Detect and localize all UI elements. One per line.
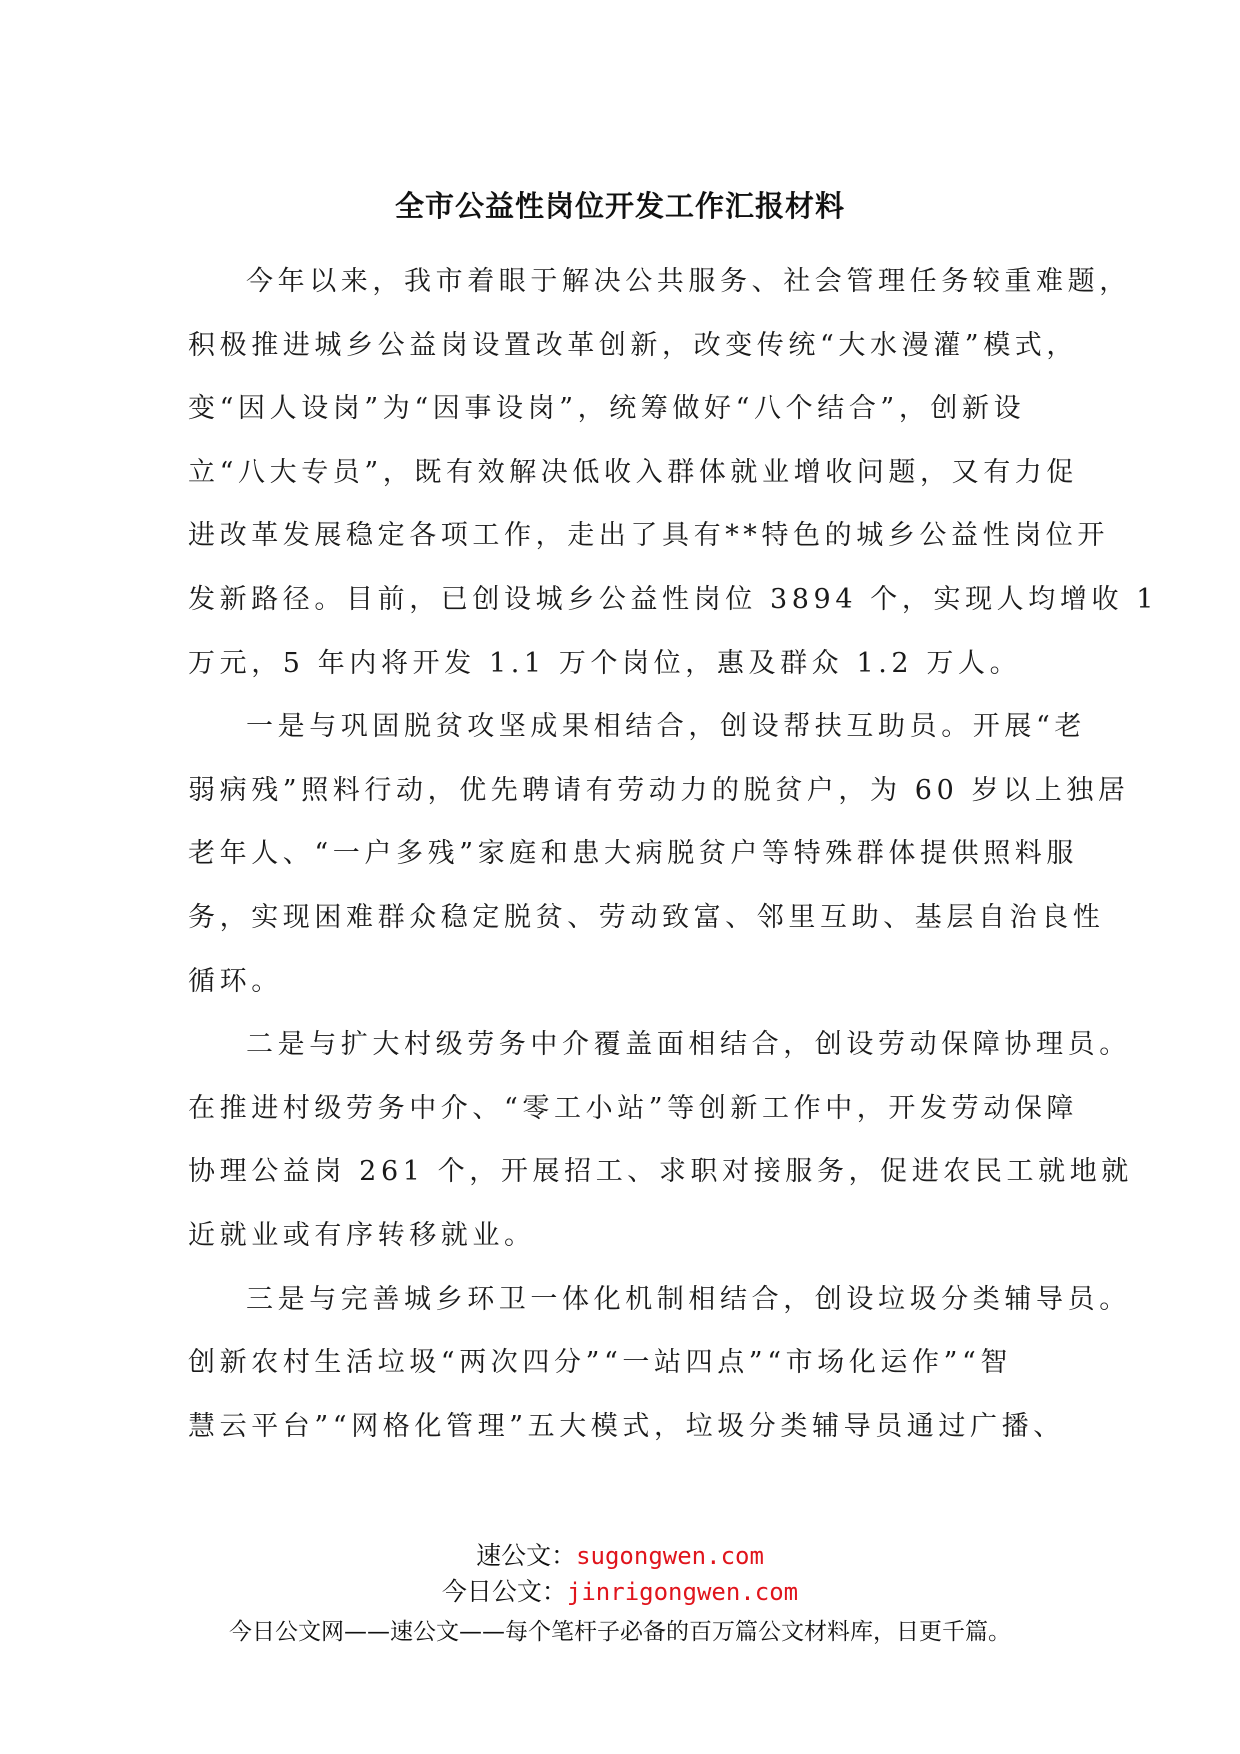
- text-line: 创新农村生活垃圾“两次四分”“一站四点”“市场化运作”“智: [188, 1331, 1058, 1395]
- paragraph-point-three: 三是与完善城乡环卫一体化机制相结合，创设垃圾分类辅导员。 创新农村生活垃圾“两次…: [188, 1268, 1058, 1459]
- text-line: 协理公益岗 261 个，开展招工、求职对接服务，促进农民工就地就: [188, 1140, 1058, 1204]
- text-line: 进改革发展稳定各项工作，走出了具有**特色的城乡公益性岗位开: [188, 504, 1058, 568]
- document-body: 今年以来，我市着眼于解决公共服务、社会管理任务较重难题， 积极推进城乡公益岗设置…: [188, 250, 1058, 1458]
- text-line: 弱病残”照料行动，优先聘请有劳动力的脱贫户，为 60 岁以上独居: [188, 759, 1058, 823]
- document-title: 全市公益性岗位开发工作汇报材料: [0, 186, 1240, 226]
- page-footer: 速公文：sugongwen.com 今日公文：jinrigongwen.com …: [0, 1538, 1240, 1650]
- jinrigongwen-link[interactable]: jinrigongwen.com: [567, 1578, 798, 1606]
- text-line: 积极推进城乡公益岗设置改革创新，改变传统“大水漫灌”模式，: [188, 314, 1058, 378]
- text-line: 在推进村级劳务中介、“零工小站”等创新工作中，开发劳动保障: [188, 1077, 1058, 1141]
- sugongwen-link[interactable]: sugongwen.com: [576, 1542, 764, 1570]
- text-line: 慧云平台”“网格化管理”五大模式，垃圾分类辅导员通过广播、: [188, 1395, 1058, 1459]
- footer-label: 速公文：: [476, 1541, 576, 1570]
- text-line: 老年人、“一户多残”家庭和患大病脱贫户等特殊群体提供照料服: [188, 822, 1058, 886]
- paragraph-point-two: 二是与扩大村级劳务中介覆盖面相结合，创设劳动保障协理员。 在推进村级劳务中介、“…: [188, 1013, 1058, 1267]
- text-line: 务，实现困难群众稳定脱贫、劳动致富、邻里互助、基层自治良性: [188, 886, 1058, 950]
- text-line: 近就业或有序转移就业。: [188, 1204, 1058, 1268]
- footer-label: 今日公文：: [442, 1577, 567, 1606]
- text-line: 今年以来，我市着眼于解决公共服务、社会管理任务较重难题，: [188, 250, 1058, 314]
- footer-jinrigongwen: 今日公文：jinrigongwen.com: [0, 1574, 1240, 1610]
- text-line: 立“八大专员”，既有效解决低收入群体就业增收问题，又有力促: [188, 441, 1058, 505]
- text-line: 三是与完善城乡环卫一体化机制相结合，创设垃圾分类辅导员。: [188, 1268, 1058, 1332]
- footer-slogan: 今日公文网——速公文——每个笔杆子必备的百万篇公文材料库，日更千篇。: [0, 1614, 1240, 1650]
- text-line: 发新路径。目前，已创设城乡公益性岗位 3894 个，实现人均增收 1: [188, 568, 1058, 632]
- text-line: 变“因人设岗”为“因事设岗”，统筹做好“八个结合”，创新设: [188, 377, 1058, 441]
- paragraph-point-one: 一是与巩固脱贫攻坚成果相结合，创设帮扶互助员。开展“老 弱病残”照料行动，优先聘…: [188, 695, 1058, 1013]
- document-page: 全市公益性岗位开发工作汇报材料 今年以来，我市着眼于解决公共服务、社会管理任务较…: [0, 0, 1240, 1754]
- footer-sugongwen: 速公文：sugongwen.com: [0, 1538, 1240, 1574]
- text-line: 二是与扩大村级劳务中介覆盖面相结合，创设劳动保障协理员。: [188, 1013, 1058, 1077]
- paragraph-intro: 今年以来，我市着眼于解决公共服务、社会管理任务较重难题， 积极推进城乡公益岗设置…: [188, 250, 1058, 695]
- text-line: 一是与巩固脱贫攻坚成果相结合，创设帮扶互助员。开展“老: [188, 695, 1058, 759]
- text-line: 万元，5 年内将开发 1.1 万个岗位，惠及群众 1.2 万人。: [188, 632, 1058, 696]
- text-line: 循环。: [188, 950, 1058, 1014]
